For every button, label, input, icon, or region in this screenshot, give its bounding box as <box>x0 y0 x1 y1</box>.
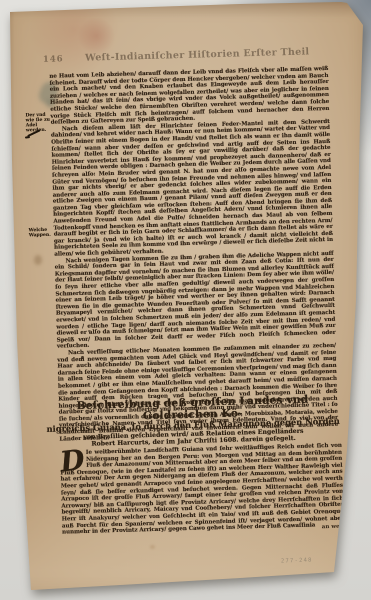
margin-note-coat-of-arms: Welche Wappen. <box>29 228 56 239</box>
guiana-paragraph-text: Ie weitberühmbte Landſchafft Guiana vnd … <box>60 443 344 536</box>
guiana-description-paragraph: DIe weitberühmbte Landſchafft Guiana vnd… <box>60 443 344 537</box>
section-heading: Beſchreibung deß groſſen Landes vnd Gold… <box>42 394 343 449</box>
page-number: 146 <box>43 54 64 65</box>
printed-text-block: 146 Weſt-Indianiſcher Hiſtorien Erſter T… <box>0 0 371 600</box>
paper-sheet: 146 Weſt-Indianiſcher Hiſtorien Erſter T… <box>0 0 371 600</box>
paragraph-skin-coats-of-arms: Nach wenigen Tagen kommen ſie zu ihm / g… <box>54 250 335 350</box>
paragraph-continuation: ne Haut vom Leib abziehen/ darauff dann … <box>49 66 329 127</box>
decorative-initial-D: D <box>59 449 86 471</box>
running-header: 146 Weſt-Indianiſcher Hiſtorien Erſter T… <box>43 46 331 65</box>
photographed-page: 146 Weſt-Indianiſcher Hiſtorien Erſter T… <box>0 0 371 600</box>
body-text-column: ne Haut vom Leib abziehen/ darauff dann … <box>49 66 338 443</box>
pencil-inventory-number: 277-248 <box>281 557 313 564</box>
paragraph-executioner-rites: Nach dieſem allem läſt der Hinrichter ſe… <box>51 119 334 259</box>
running-title: Weſt-Indianiſcher Hiſtorien Erſter Theil <box>63 46 330 64</box>
